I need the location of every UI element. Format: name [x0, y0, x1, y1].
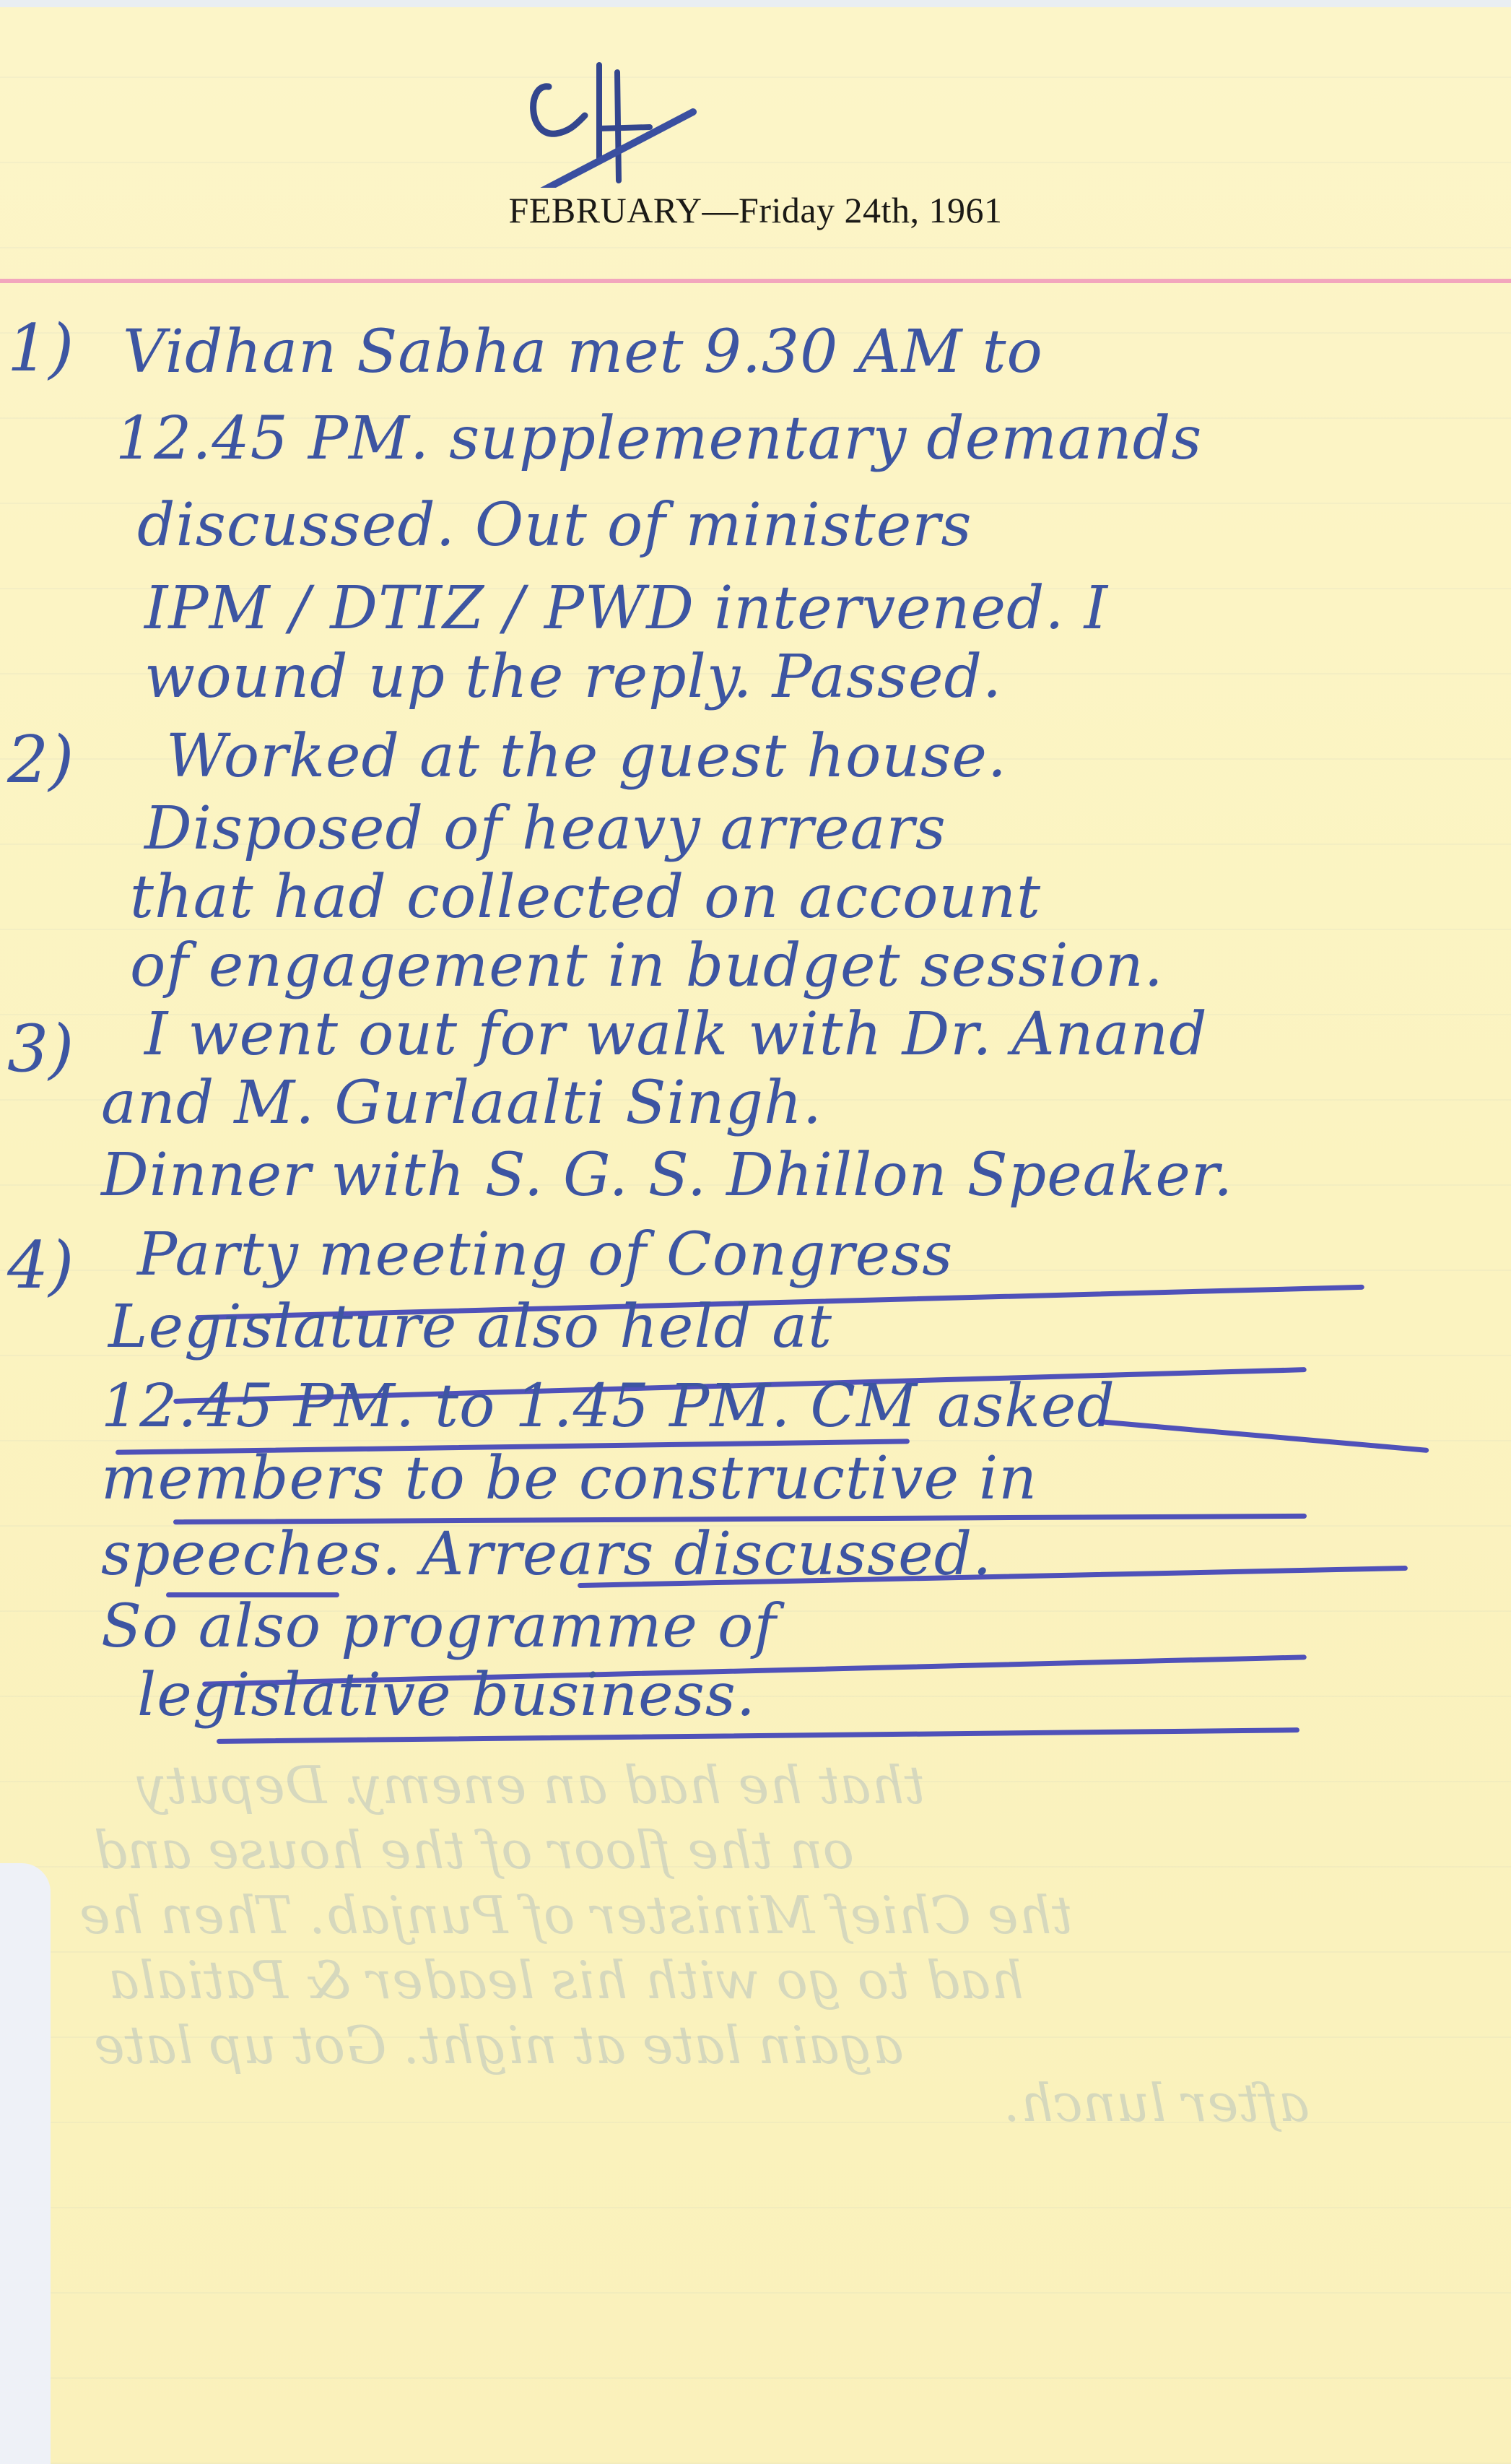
entry-line: members to be constructive in: [101, 1444, 1037, 1513]
underline-stroke: [217, 1727, 1299, 1744]
entry-line: Worked at the guest house.: [166, 722, 1007, 791]
bleed-through-text: that he had an enemy. Deputy on the floo…: [65, 1755, 1473, 2101]
entry-line: I went out for walk with Dr. Anand: [144, 1000, 1208, 1069]
entry-line: legislative business.: [137, 1661, 756, 1730]
entry-line: discussed. Out of ministers: [137, 491, 972, 560]
entry-line: IPM / DTIZ / PWD intervened. I: [144, 574, 1108, 643]
entry-line: 12.45 PM. to 1.45 PM. CM asked: [101, 1372, 1115, 1441]
page-top-edge: [0, 0, 1511, 7]
entry-line: and M. Gurlaalti Singh.: [101, 1069, 822, 1137]
entry-line: Party meeting of Congress: [137, 1220, 953, 1289]
entry-line: of engagement in budget session.: [130, 932, 1164, 1000]
pink-margin-rule: [0, 279, 1511, 283]
entry-line: wound up the reply. Passed.: [144, 643, 1002, 711]
diary-date-header: FEBRUARY—Friday 24th, 1961: [0, 189, 1511, 231]
entry-number: 4): [7, 1228, 74, 1303]
entry-number: 2): [7, 722, 74, 798]
entry-line: that had collected on account: [130, 863, 1041, 932]
entry-number: 1): [7, 311, 74, 386]
page-edge-cutout: [0, 1863, 51, 2464]
entry-line: Dinner with S. G. S. Dhillon Speaker.: [101, 1141, 1233, 1210]
monogram-ch: [520, 43, 707, 188]
entry-line: Vidhan Sabha met 9.30 AM to: [123, 318, 1043, 386]
entry-line: 12.45 PM. supplementary demands: [116, 404, 1202, 473]
entry-line: Legislature also held at: [108, 1293, 832, 1361]
underline-stroke: [1098, 1419, 1429, 1453]
entry-number: 3): [7, 1011, 74, 1087]
entry-line: So also programme of: [101, 1592, 777, 1661]
entry-line: Disposed of heavy arrears: [144, 794, 946, 863]
diary-page: FEBRUARY—Friday 24th, 1961 1) Vidhan Sab…: [0, 0, 1511, 2464]
